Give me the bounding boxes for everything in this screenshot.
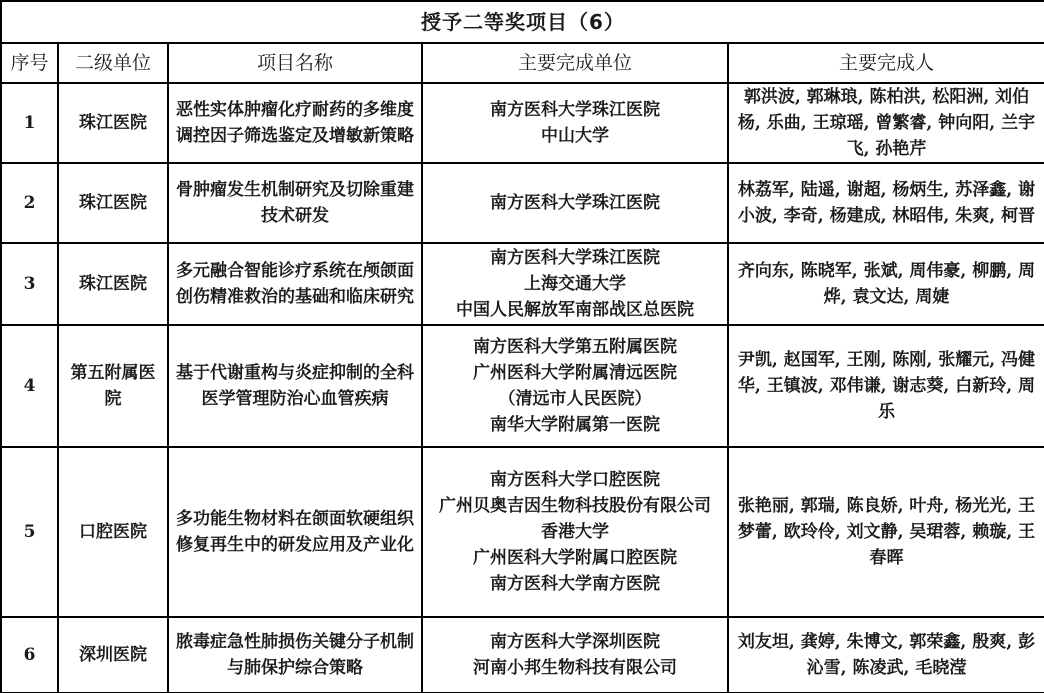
people-cell: 郭洪波, 郭琳琅, 陈柏洪, 松阳洲, 刘伯杨, 乐曲, 王琼瑶, 曾繁睿, 钟…	[728, 83, 1044, 163]
table-title: 授予二等奖项目（6）	[1, 1, 1044, 43]
unit-cell: 口腔医院	[58, 447, 168, 617]
table-row: 1 珠江医院 恶性实体肿瘤化疗耐药的多维度调控因子筛选鉴定及增敏新策略 南方医科…	[1, 83, 1044, 163]
header-row: 序号 二级单位 项目名称 主要完成单位 主要完成人	[1, 43, 1044, 83]
unit-cell: 珠江医院	[58, 83, 168, 163]
people-cell: 张艳丽, 郭瑞, 陈良娇, 叶舟, 杨光光, 王梦蕾, 欧玲伶, 刘文静, 吴珺…	[728, 447, 1044, 617]
org-line: 南方医科大学珠江医院	[429, 190, 721, 216]
table-row: 4 第五附属医院 基于代谢重构与炎症抑制的全科医学管理防治心血管疾病 南方医科大…	[1, 325, 1044, 447]
seq-cell: 4	[1, 325, 58, 447]
org-line: 中国人民解放军南部战区总医院	[429, 297, 721, 323]
header-seq: 序号	[1, 43, 58, 83]
orgs-cell: 南方医科大学口腔医院 广州贝奥吉因生物科技股份有限公司 香港大学 广州医科大学附…	[422, 447, 728, 617]
org-line: 广州医科大学附属清远医院	[429, 360, 721, 386]
seq-cell: 5	[1, 447, 58, 617]
org-line: 南方医科大学第五附属医院	[429, 334, 721, 360]
org-line: 广州贝奥吉因生物科技股份有限公司	[429, 493, 721, 519]
people-cell: 刘友坦, 龚婷, 朱博文, 郭荣鑫, 殷爽, 彭沁雪, 陈凌武, 毛晓滢	[728, 617, 1044, 693]
seq-cell: 1	[1, 83, 58, 163]
award-table: 授予二等奖项目（6） 序号 二级单位 项目名称 主要完成单位 主要完成人 1 珠…	[0, 0, 1044, 693]
org-line: 上海交通大学	[429, 271, 721, 297]
org-line: 南方医科大学珠江医院	[429, 245, 721, 271]
orgs-cell: 南方医科大学第五附属医院 广州医科大学附属清远医院 （清远市人民医院） 南华大学…	[422, 325, 728, 447]
org-line: 中山大学	[429, 123, 721, 149]
table-row: 6 深圳医院 脓毒症急性肺损伤关键分子机制与肺保护综合策略 南方医科大学深圳医院…	[1, 617, 1044, 693]
org-line: 南方医科大学珠江医院	[429, 97, 721, 123]
orgs-cell: 南方医科大学珠江医院 中山大学	[422, 83, 728, 163]
unit-cell: 珠江医院	[58, 163, 168, 243]
people-cell: 齐向东, 陈晓军, 张斌, 周伟豪, 柳鹏, 周烨, 袁文达, 周婕	[728, 243, 1044, 325]
project-cell: 多元融合智能诊疗系统在颅颌面创伤精准救治的基础和临床研究	[168, 243, 422, 325]
unit-cell: 深圳医院	[58, 617, 168, 693]
header-orgs: 主要完成单位	[422, 43, 728, 83]
orgs-cell: 南方医科大学深圳医院 河南小邦生物科技有限公司	[422, 617, 728, 693]
project-cell: 脓毒症急性肺损伤关键分子机制与肺保护综合策略	[168, 617, 422, 693]
unit-cell: 珠江医院	[58, 243, 168, 325]
project-cell: 恶性实体肿瘤化疗耐药的多维度调控因子筛选鉴定及增敏新策略	[168, 83, 422, 163]
org-line: 南方医科大学深圳医院	[429, 629, 721, 655]
header-project: 项目名称	[168, 43, 422, 83]
table-row: 5 口腔医院 多功能生物材料在颌面软硬组织修复再生中的研发应用及产业化 南方医科…	[1, 447, 1044, 617]
org-line: 河南小邦生物科技有限公司	[429, 655, 721, 681]
title-row: 授予二等奖项目（6）	[1, 1, 1044, 43]
seq-cell: 2	[1, 163, 58, 243]
unit-cell: 第五附属医院	[58, 325, 168, 447]
orgs-cell: 南方医科大学珠江医院	[422, 163, 728, 243]
seq-cell: 3	[1, 243, 58, 325]
project-cell: 基于代谢重构与炎症抑制的全科医学管理防治心血管疾病	[168, 325, 422, 447]
table-row: 2 珠江医院 骨肿瘤发生机制研究及切除重建技术研发 南方医科大学珠江医院 林荔军…	[1, 163, 1044, 243]
header-people: 主要完成人	[728, 43, 1044, 83]
seq-cell: 6	[1, 617, 58, 693]
people-cell: 林荔军, 陆遥, 谢超, 杨炳生, 苏泽鑫, 谢小波, 李奇, 杨建成, 林昭伟…	[728, 163, 1044, 243]
org-line: 广州医科大学附属口腔医院	[429, 545, 721, 571]
project-cell: 骨肿瘤发生机制研究及切除重建技术研发	[168, 163, 422, 243]
org-line: 南方医科大学南方医院	[429, 571, 721, 597]
project-cell: 多功能生物材料在颌面软硬组织修复再生中的研发应用及产业化	[168, 447, 422, 617]
orgs-cell: 南方医科大学珠江医院 上海交通大学 中国人民解放军南部战区总医院	[422, 243, 728, 325]
org-line: 南方医科大学口腔医院	[429, 467, 721, 493]
people-cell: 尹凯, 赵国军, 王刚, 陈刚, 张耀元, 冯健华, 王镇波, 邓伟谦, 谢志葵…	[728, 325, 1044, 447]
org-line: 南华大学附属第一医院	[429, 412, 721, 438]
org-line: 香港大学	[429, 519, 721, 545]
org-line: （清远市人民医院）	[429, 386, 721, 412]
header-unit: 二级单位	[58, 43, 168, 83]
table-row: 3 珠江医院 多元融合智能诊疗系统在颅颌面创伤精准救治的基础和临床研究 南方医科…	[1, 243, 1044, 325]
